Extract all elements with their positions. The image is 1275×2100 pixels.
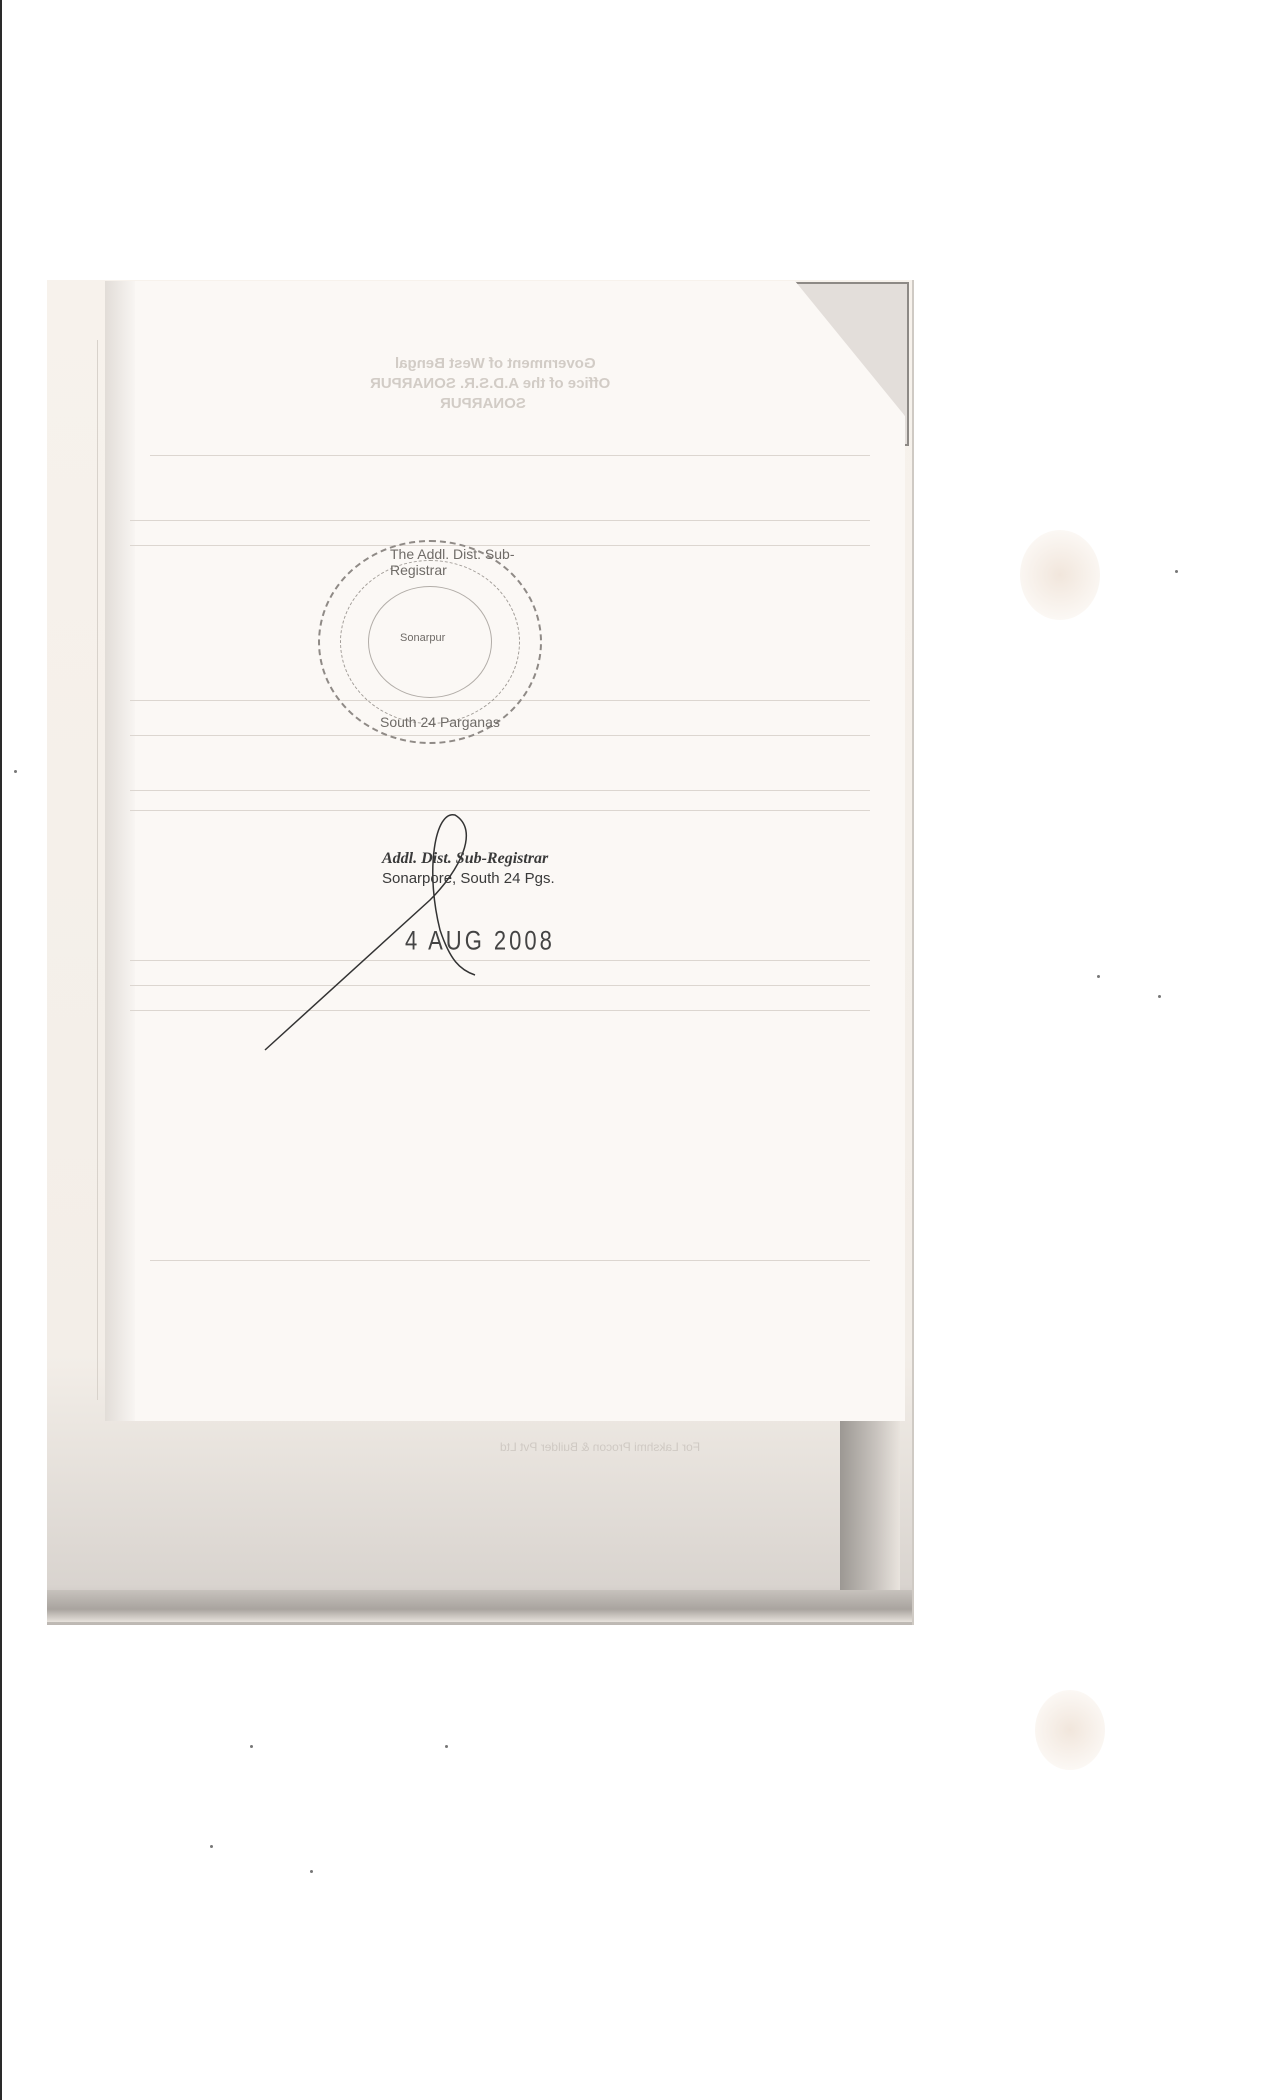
- speck: [14, 770, 17, 773]
- speck: [1175, 570, 1178, 573]
- sheet-shading: [105, 281, 135, 1421]
- speck: [445, 1745, 448, 1748]
- back-sheet-fold-line: [97, 340, 98, 1400]
- bleed-rule-lower: [150, 1260, 870, 1261]
- date-stamp: 4 AUG 2008: [405, 925, 555, 956]
- bleed-rule: [150, 455, 870, 456]
- bleed-header-line-1: Government of West Bengal: [395, 355, 596, 372]
- scan-left-edge: [0, 0, 2, 2100]
- bleed-text-line: [130, 735, 870, 736]
- registrar-office: Sonarpore, South 24 Pgs.: [382, 870, 555, 887]
- speck: [1097, 975, 1100, 978]
- back-sheet-torn-edge: [47, 1590, 912, 1622]
- speck: [250, 1745, 253, 1748]
- official-seal: The Addl. Dist. Sub-Registrar South 24 P…: [318, 540, 542, 744]
- seal-inner-text: Sonarpur: [400, 632, 445, 644]
- stain: [1020, 530, 1100, 620]
- bleed-text-line: [130, 520, 870, 521]
- bleed-header-line-2: Office of the A.D.S.R. SONARPUR: [370, 375, 610, 392]
- registrar-title: Addl. Dist. Sub-Registrar: [382, 850, 555, 868]
- bleed-text-line: [130, 790, 870, 791]
- seal-lower-text: South 24 Parganas: [380, 714, 500, 730]
- bleed-footer-line: For Lakshmi Procon & Builder Pvt Ltd: [500, 1440, 700, 1454]
- speck: [210, 1845, 213, 1848]
- bleed-header-line-3: SONARPUR: [440, 395, 526, 412]
- registrar-block: Addl. Dist. Sub-Registrar Sonarpore, Sou…: [382, 850, 555, 887]
- back-sheet-shadow: [840, 1420, 900, 1610]
- seal-outer-text: The Addl. Dist. Sub-Registrar: [390, 546, 540, 578]
- speck: [1158, 995, 1161, 998]
- stain: [1035, 1690, 1105, 1770]
- speck: [310, 1870, 313, 1873]
